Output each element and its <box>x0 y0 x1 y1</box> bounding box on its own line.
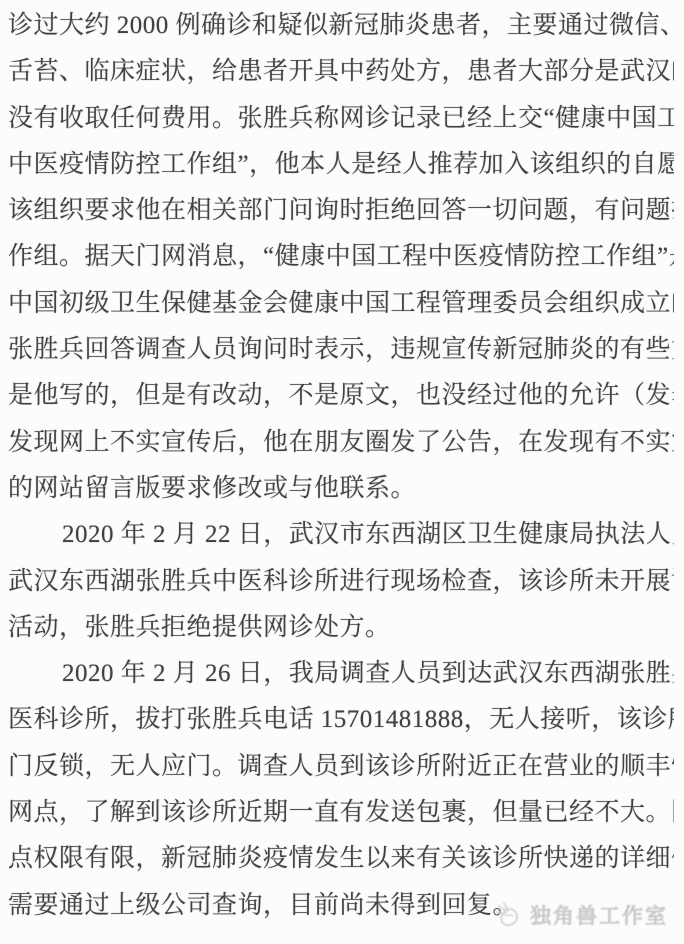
text-line: 点权限有限，新冠肺炎疫情发生以来有关该诊所快递的详细信息 <box>8 836 674 882</box>
watermark: 独角兽工作室 <box>493 899 668 931</box>
text-line: 该组织要求他在相关部门问询时拒绝回答一切问题，有问题找工 <box>8 188 674 234</box>
document-page: 诊过大约 2000 例确诊和疑似新冠肺炎患者，主要通过微信、看舌苔、临床症状，给… <box>0 0 684 944</box>
text-line: 发现网上不实宣传后，他在朋友圈发了公告，在发现有不实宣传 <box>8 420 674 466</box>
text-line: 2020 年 2 月 22 日，武汉市东西湖区卫生健康局执法人员对 <box>8 512 674 558</box>
watermark-label: 独角兽工作室 <box>530 900 668 930</box>
text-line: 诊过大约 2000 例确诊和疑似新冠肺炎患者，主要通过微信、看 <box>8 3 674 49</box>
text-line: 的网站留言版要求修改或与他联系。 <box>8 466 674 512</box>
text-line: 张胜兵回答调查人员询问时表示，违规宣传新冠肺炎的有些文章 <box>8 327 674 373</box>
text-line: 中医疫情防控工作组”，他本人是经人推荐加入该组织的自愿者， <box>8 142 674 188</box>
text-line: 武汉东西湖张胜兵中医科诊所进行现场检查，该诊所未开展诊疗 <box>8 559 674 605</box>
text-line: 门反锁，无人应门。调查人员到该诊所附近正在营业的顺丰快递 <box>8 744 674 790</box>
text-line: 是他写的，但是有改动，不是原文，也没经过他的允许（发表）。 <box>8 373 674 419</box>
text-line: 活动，张胜兵拒绝提供网诊处方。 <box>8 605 674 651</box>
document-body: 诊过大约 2000 例确诊和疑似新冠肺炎患者，主要通过微信、看舌苔、临床症状，给… <box>8 3 674 929</box>
text-line: 没有收取任何费用。张胜兵称网诊记录已经上交“健康中国工程 <box>8 96 674 142</box>
text-line: 2020 年 2 月 26 日，我局调查人员到达武汉东西湖张胜兵中 <box>8 651 674 697</box>
text-line: 作组。据天门网消息，“健康中国工程中医疫情防控工作组”是 <box>8 234 674 280</box>
text-line: 医科诊所，拔打张胜兵电话 15701481888，无人接听，该诊所大 <box>8 697 674 743</box>
text-line: 中国初级卫生保健基金会健康中国工程管理委员会组织成立的。 <box>8 281 674 327</box>
text-line: 舌苔、临床症状，给患者开具中药处方，患者大部分是武汉的， <box>8 49 674 95</box>
unicorn-logo-icon <box>493 899 525 931</box>
text-line: 网点，了解到该诊所近期一直有发送包裹，但量已经不大。因网 <box>8 790 674 836</box>
